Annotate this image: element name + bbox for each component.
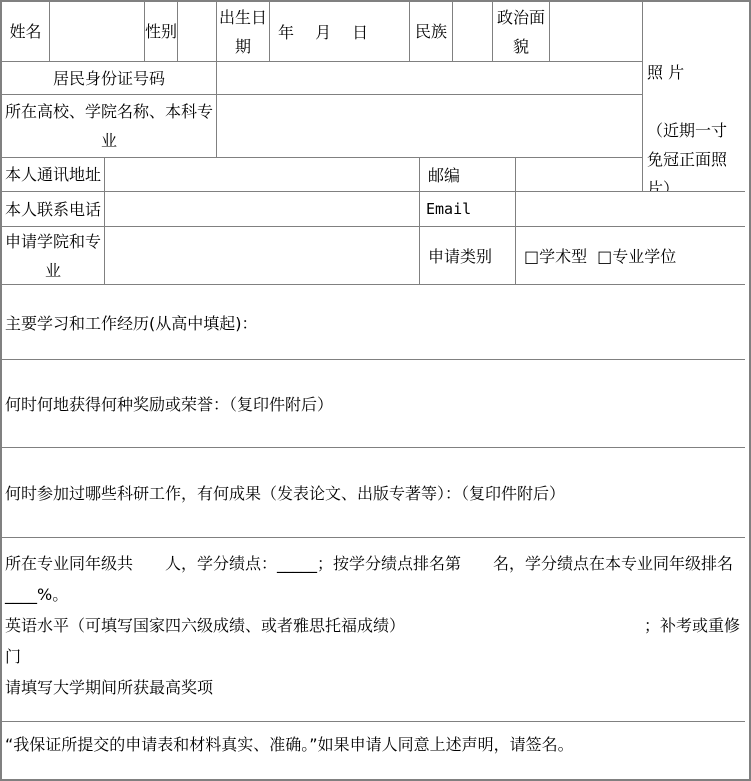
retake-courses-line: 门 [5, 641, 742, 672]
name-label: 姓名 [2, 2, 50, 62]
awards-label: 何时何地获得何种奖励或荣誉：（复印件附后） [5, 392, 333, 415]
ethnicity-input-cell[interactable] [453, 2, 493, 62]
gender-input-cell[interactable] [178, 2, 217, 62]
checkbox-academic[interactable]: □学术型 [524, 244, 587, 267]
address-label: 本人通讯地址 [2, 158, 105, 192]
phone-input-cell[interactable] [105, 192, 420, 227]
address-input-cell[interactable] [105, 158, 420, 192]
photo-note: （近期一寸免冠正面照片） [647, 116, 742, 192]
gpa-line: 所在专业同年级共 人，学分绩点：_____；按学分绩点排名第 名，学分绩点在本专… [5, 548, 742, 579]
declaration-label: “我保证所提交的申请表和材料真实、准确。”如果申请人同意上述声明，请签名。 [5, 735, 574, 754]
category-value-cell: □学术型 □专业学位 [516, 227, 745, 285]
english-level-line: 英语水平（可填写国家四六级成绩、或者雅思托福成绩） ；补考或重修 [5, 610, 742, 641]
gender-label: 性别 [145, 2, 178, 62]
experience-label: 主要学习和工作经历(从高中填起)： [5, 311, 258, 334]
gpa-english-cell[interactable]: 所在专业同年级共 人，学分绩点：_____；按学分绩点排名第 名，学分绩点在本专… [2, 538, 745, 722]
school-input-cell[interactable] [217, 95, 643, 158]
email-label: Email [420, 192, 516, 227]
experience-cell[interactable]: 主要学习和工作经历(从高中填起)： [2, 285, 745, 360]
highest-award-line: 请填写大学期间所获最高奖项 [5, 672, 742, 703]
research-label: 何时参加过哪些科研工作，有何成果（发表论文、出版专著等）：（复印件附后） [5, 481, 565, 504]
zip-label: 邮编 [420, 158, 516, 192]
school-label: 所在高校、学院名称、本科专业 [2, 95, 217, 158]
awards-cell[interactable]: 何时何地获得何种奖励或荣誉：（复印件附后） [2, 360, 745, 448]
research-cell[interactable]: 何时参加过哪些科研工作，有何成果（发表论文、出版专著等）：（复印件附后） [2, 448, 745, 538]
name-input-cell[interactable] [50, 2, 145, 62]
application-form-table: 姓名 性别 出生日期 年 月 日 民族 政治面貌 照 片 （近期一寸免冠正面照片… [0, 0, 751, 781]
birthdate-label: 出生日期 [217, 2, 270, 62]
apply-college-input-cell[interactable] [105, 227, 420, 285]
id-number-input-cell[interactable] [217, 62, 643, 95]
birthdate-input-cell[interactable]: 年 月 日 [270, 2, 410, 62]
apply-college-label: 申请学院和专业 [2, 227, 105, 285]
photo-cell: 照 片 （近期一寸免冠正面照片） [643, 2, 745, 192]
id-number-label: 居民身份证号码 [2, 62, 217, 95]
photo-gap [647, 87, 742, 116]
photo-title: 照 片 [647, 58, 742, 87]
phone-label: 本人联系电话 [2, 192, 105, 227]
political-status-input-cell[interactable] [550, 2, 643, 62]
category-label: 申请类别 [420, 227, 516, 285]
percent-line: ____%。 [5, 579, 742, 610]
english-level-label: 英语水平（可填写国家四六级成绩、或者雅思托福成绩） [5, 610, 405, 641]
checkbox-professional[interactable]: □专业学位 [597, 244, 676, 267]
political-status-label: 政治面貌 [493, 2, 550, 62]
zip-input-cell[interactable] [516, 158, 643, 192]
email-input-cell[interactable] [516, 192, 745, 227]
ethnicity-label: 民族 [410, 2, 453, 62]
retake-label: ；补考或重修 [644, 610, 740, 641]
declaration-cell[interactable]: “我保证所提交的申请表和材料真实、准确。”如果申请人同意上述声明，请签名。 [2, 722, 745, 775]
